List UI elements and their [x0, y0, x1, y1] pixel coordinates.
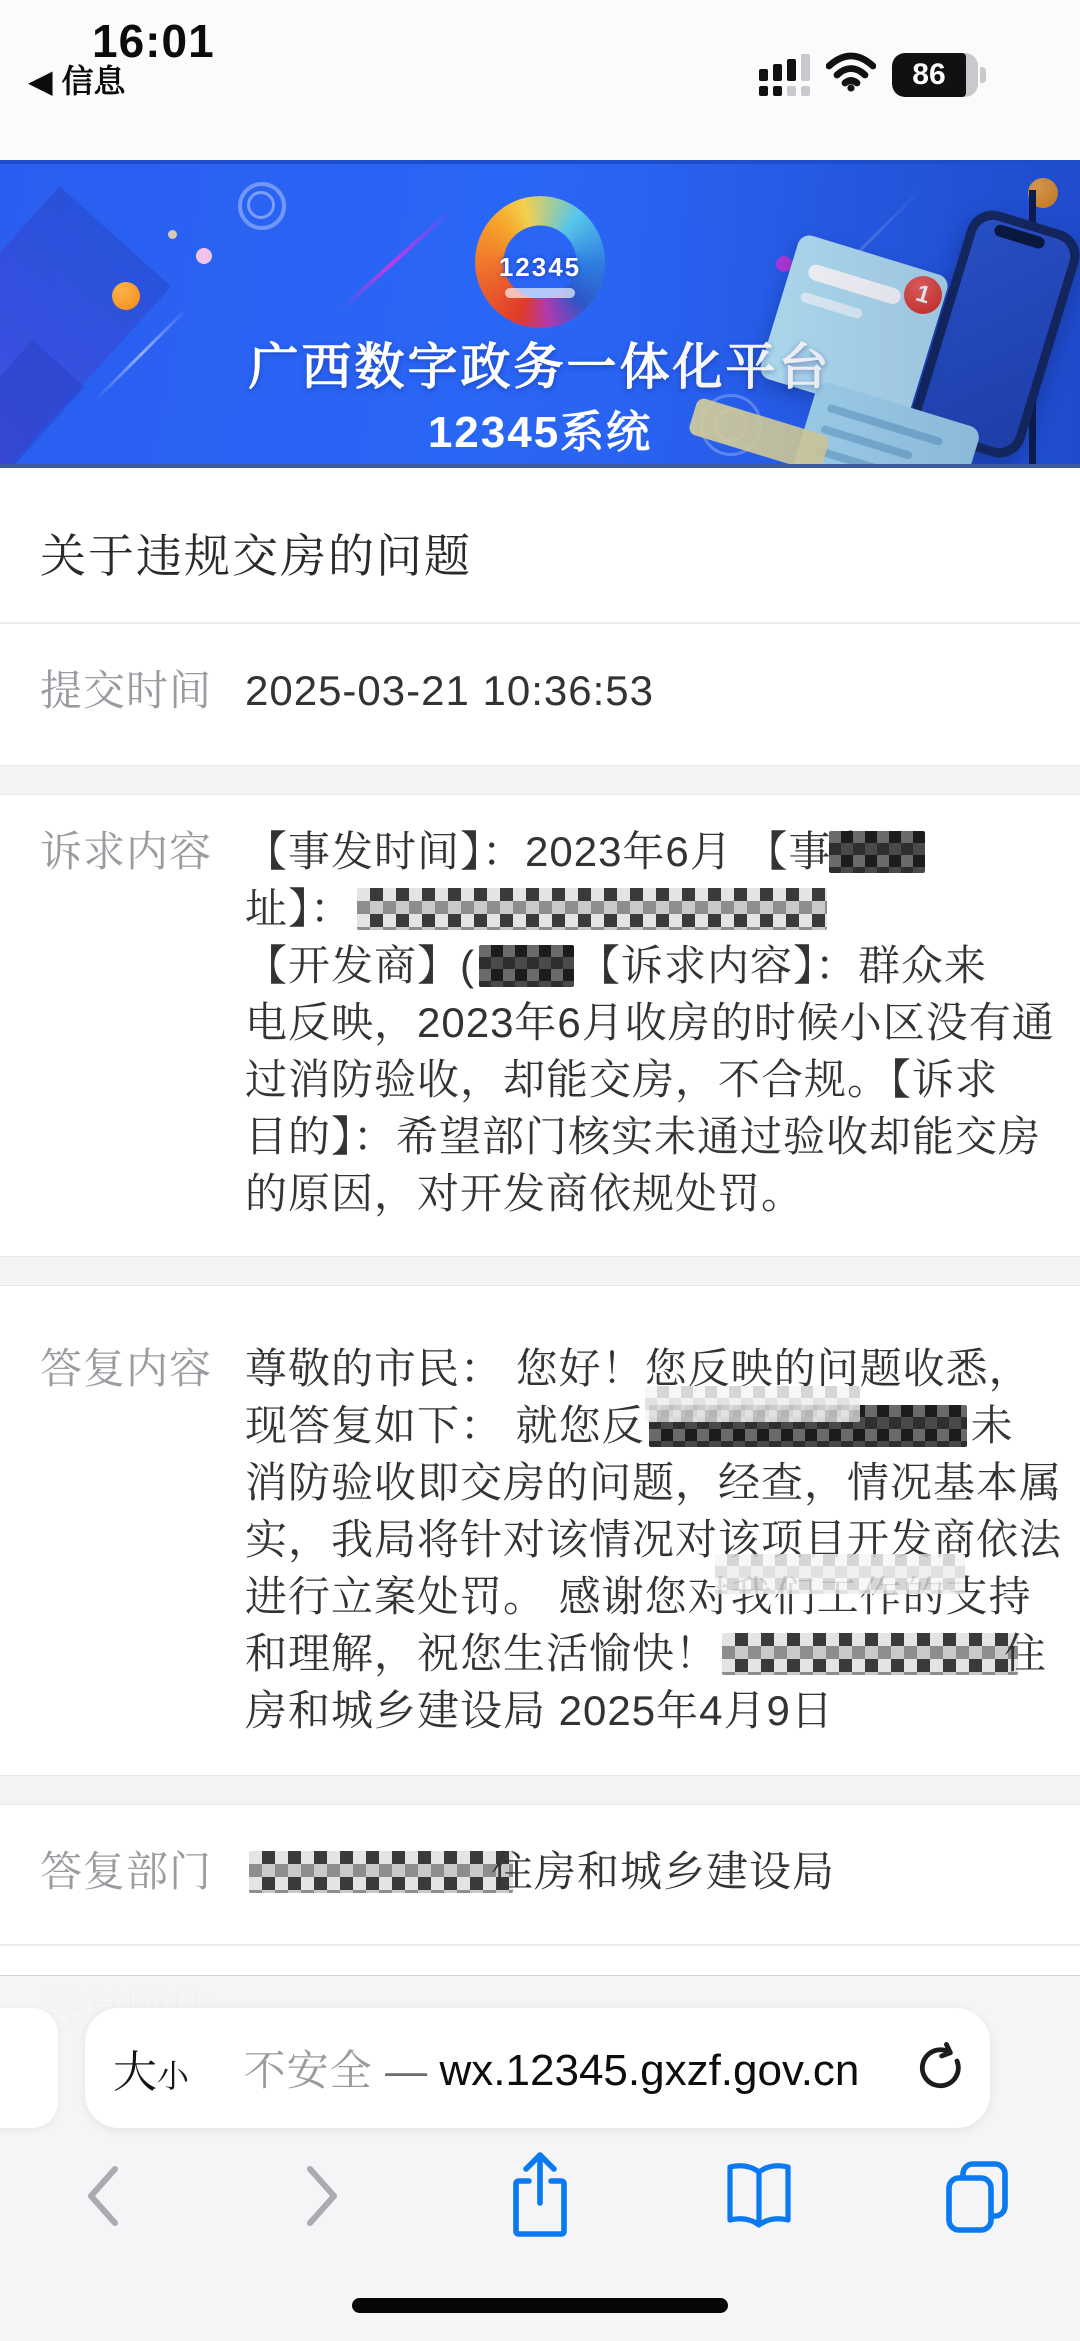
request-content-text: 【事发时间】：2023年6月 【事发地址】：【开发商】(【诉求内容】：群众来电反…: [245, 823, 1055, 1222]
text-line: 住房和城乡建设局: [245, 1843, 1040, 1900]
text-line: 的原因，对开发商依规处罚。: [245, 1165, 1055, 1222]
deco-line: [768, 185, 926, 343]
text-line: 过消防验收，却能交房，不合规。【诉求: [245, 1051, 1055, 1108]
deco-dot: [196, 248, 212, 264]
ticket-title-section: 关于违规交房的问题: [0, 468, 1080, 624]
page-title: 关于违规交房的问题: [40, 530, 1040, 582]
text-segment: 尊敬的市民： 您好！您反映的问题收悉，: [245, 1345, 1032, 1392]
notification-badge: 1: [899, 271, 946, 318]
reply-department-label: 答复部门: [40, 1843, 245, 1900]
platform-banner: 1 12345 广西数字政务一体化平台 12345系统: [0, 160, 1080, 468]
text-segment: 目的】：希望部门核实未通过验收却能交房: [245, 1113, 1041, 1160]
deco-ring: [247, 191, 275, 219]
text-line: 目的】：希望部门核实未通过验收却能交房: [245, 1108, 1055, 1165]
text-segment: 过消防验收，却能交房，不合规。【诉求: [245, 1056, 998, 1103]
address-separator: —: [385, 2047, 427, 2094]
redaction-mosaic: [715, 1554, 965, 1594]
text-segment: 【开发商】(: [245, 942, 475, 989]
back-to-messages-breadcrumb[interactable]: ◀ 信息: [28, 56, 126, 102]
deco-dot: [1028, 178, 1058, 208]
battery-percent: 86: [912, 58, 945, 92]
submit-time-value: 2025-03-21 10:36:53: [245, 662, 1040, 719]
redaction-mosaic: [645, 1386, 860, 1422]
not-secure-label: 不安全: [244, 2047, 373, 2094]
status-icons: 86: [759, 52, 986, 97]
text-segment: 【诉求内容】：群众来: [578, 942, 987, 989]
text-line: 消防验收即交房的问题，经查，情况基本属: [245, 1454, 1062, 1511]
text-size-button[interactable]: 大小: [113, 2036, 189, 2100]
address-bar[interactable]: 大小 不安全 — wx.12345.gxzf.gov.cn: [85, 2008, 990, 2128]
text-segment: 住房和城乡建设局: [491, 1848, 835, 1895]
status-bar: 16:01 ◀ 信息: [0, 0, 1080, 160]
section-divider: [0, 1775, 1080, 1805]
request-content-label: 诉求内容: [40, 823, 245, 880]
home-indicator[interactable]: [352, 2298, 728, 2313]
deco-edge-bar: [1029, 190, 1036, 468]
text-line: 【开发商】(【诉求内容】：群众来: [245, 937, 1055, 994]
section-divider: [0, 765, 1080, 795]
redaction-mosaic: [249, 1851, 513, 1893]
deco-dot: [168, 230, 177, 239]
redaction-mosaic: [357, 888, 827, 930]
redaction-mosaic: [722, 1633, 1018, 1675]
reply-department-value: 住房和城乡建设局: [245, 1843, 1040, 1900]
text-segment: 现答复如下： 就您反: [245, 1402, 645, 1449]
logo-text: 12345: [475, 252, 605, 283]
text-segment: 和理解，祝您生活愉快！: [245, 1630, 718, 1677]
reply-content-label: 答复内容: [40, 1340, 245, 1397]
deco-dot: [112, 282, 140, 310]
redaction-mosaic: [829, 831, 925, 873]
cellular-signal-icon: [759, 54, 810, 96]
wifi-icon: [826, 52, 876, 97]
banner-platform-title: 广西数字政务一体化平台: [0, 327, 1080, 399]
reply-department-row: 答复部门 住房和城乡建设局: [0, 1805, 1080, 1946]
redaction-mosaic: [479, 945, 574, 987]
url-host: wx.12345.gxzf.gov.cn: [440, 2046, 860, 2095]
submit-time-label: 提交时间: [40, 662, 245, 719]
request-content-section: 诉求内容 【事发时间】：2023年6月 【事发地址】：【开发商】(【诉求内容】：…: [0, 795, 1080, 1256]
text-segment: 址】：: [245, 885, 353, 932]
text-segment: 【事发时间】：2023年6月 【事发地: [245, 828, 917, 875]
deco-ring: [714, 408, 748, 442]
text-segment: 房和城乡建设局 2025年4月9日: [245, 1687, 834, 1734]
previous-tab-pill[interactable]: [0, 2008, 58, 2128]
safari-bottom-bar: 大小 不安全 — wx.12345.gxzf.gov.cn: [0, 1975, 1080, 2341]
text-segment: 的原因，对开发商依规处罚。: [245, 1170, 804, 1217]
reply-content-section: 答复内容 尊敬的市民： 您好！您反映的问题收悉，现答复如下： 就您反未消防验收即…: [0, 1286, 1080, 1775]
tabs-icon[interactable]: [932, 2141, 1022, 2251]
section-divider: [0, 1256, 1080, 1286]
deco-ring: [700, 394, 762, 456]
bookmarks-icon[interactable]: [714, 2141, 804, 2251]
message-card-illustration: [757, 232, 950, 421]
iphone-screen: 16:01 ◀ 信息: [0, 0, 1080, 2341]
battery-icon: 86: [892, 53, 986, 97]
deco-line: [340, 207, 454, 310]
text-line: 和理解，祝您生活愉快！住: [245, 1625, 1062, 1682]
phone-illustration: [906, 204, 1080, 464]
deco-dot: [776, 256, 792, 272]
text-segment: 电反映，2023年6月收房的时候小区没有通: [245, 999, 1055, 1046]
text-line: 【事发时间】：2023年6月 【事发地: [245, 823, 1055, 880]
browser-toolbar: [0, 2136, 1080, 2256]
back-button[interactable]: [58, 2141, 148, 2251]
text-segment: 消防验收即交房的问题，经查，情况基本属: [245, 1459, 1062, 1506]
forward-button[interactable]: [277, 2141, 367, 2251]
banner-system-title: 12345系统: [0, 396, 1080, 460]
share-icon[interactable]: [495, 2141, 585, 2251]
submit-time-row: 提交时间 2025-03-21 10:36:53: [0, 624, 1080, 765]
tag-illustration: [687, 397, 830, 468]
text-segment: 住: [1004, 1630, 1047, 1677]
12345-logo: 12345: [475, 196, 605, 328]
message-card-illustration: [784, 380, 982, 468]
text-line: 房和城乡建设局 2025年4月9日: [245, 1682, 1062, 1739]
text-line: 电反映，2023年6月收房的时候小区没有通: [245, 994, 1055, 1051]
address-text: 不安全 — wx.12345.gxzf.gov.cn: [189, 2038, 914, 2098]
logo-subtext-bar: [505, 288, 575, 298]
text-segment: 未: [971, 1402, 1014, 1449]
reload-button[interactable]: [914, 2042, 966, 2094]
text-line: 址】：: [245, 880, 1055, 937]
